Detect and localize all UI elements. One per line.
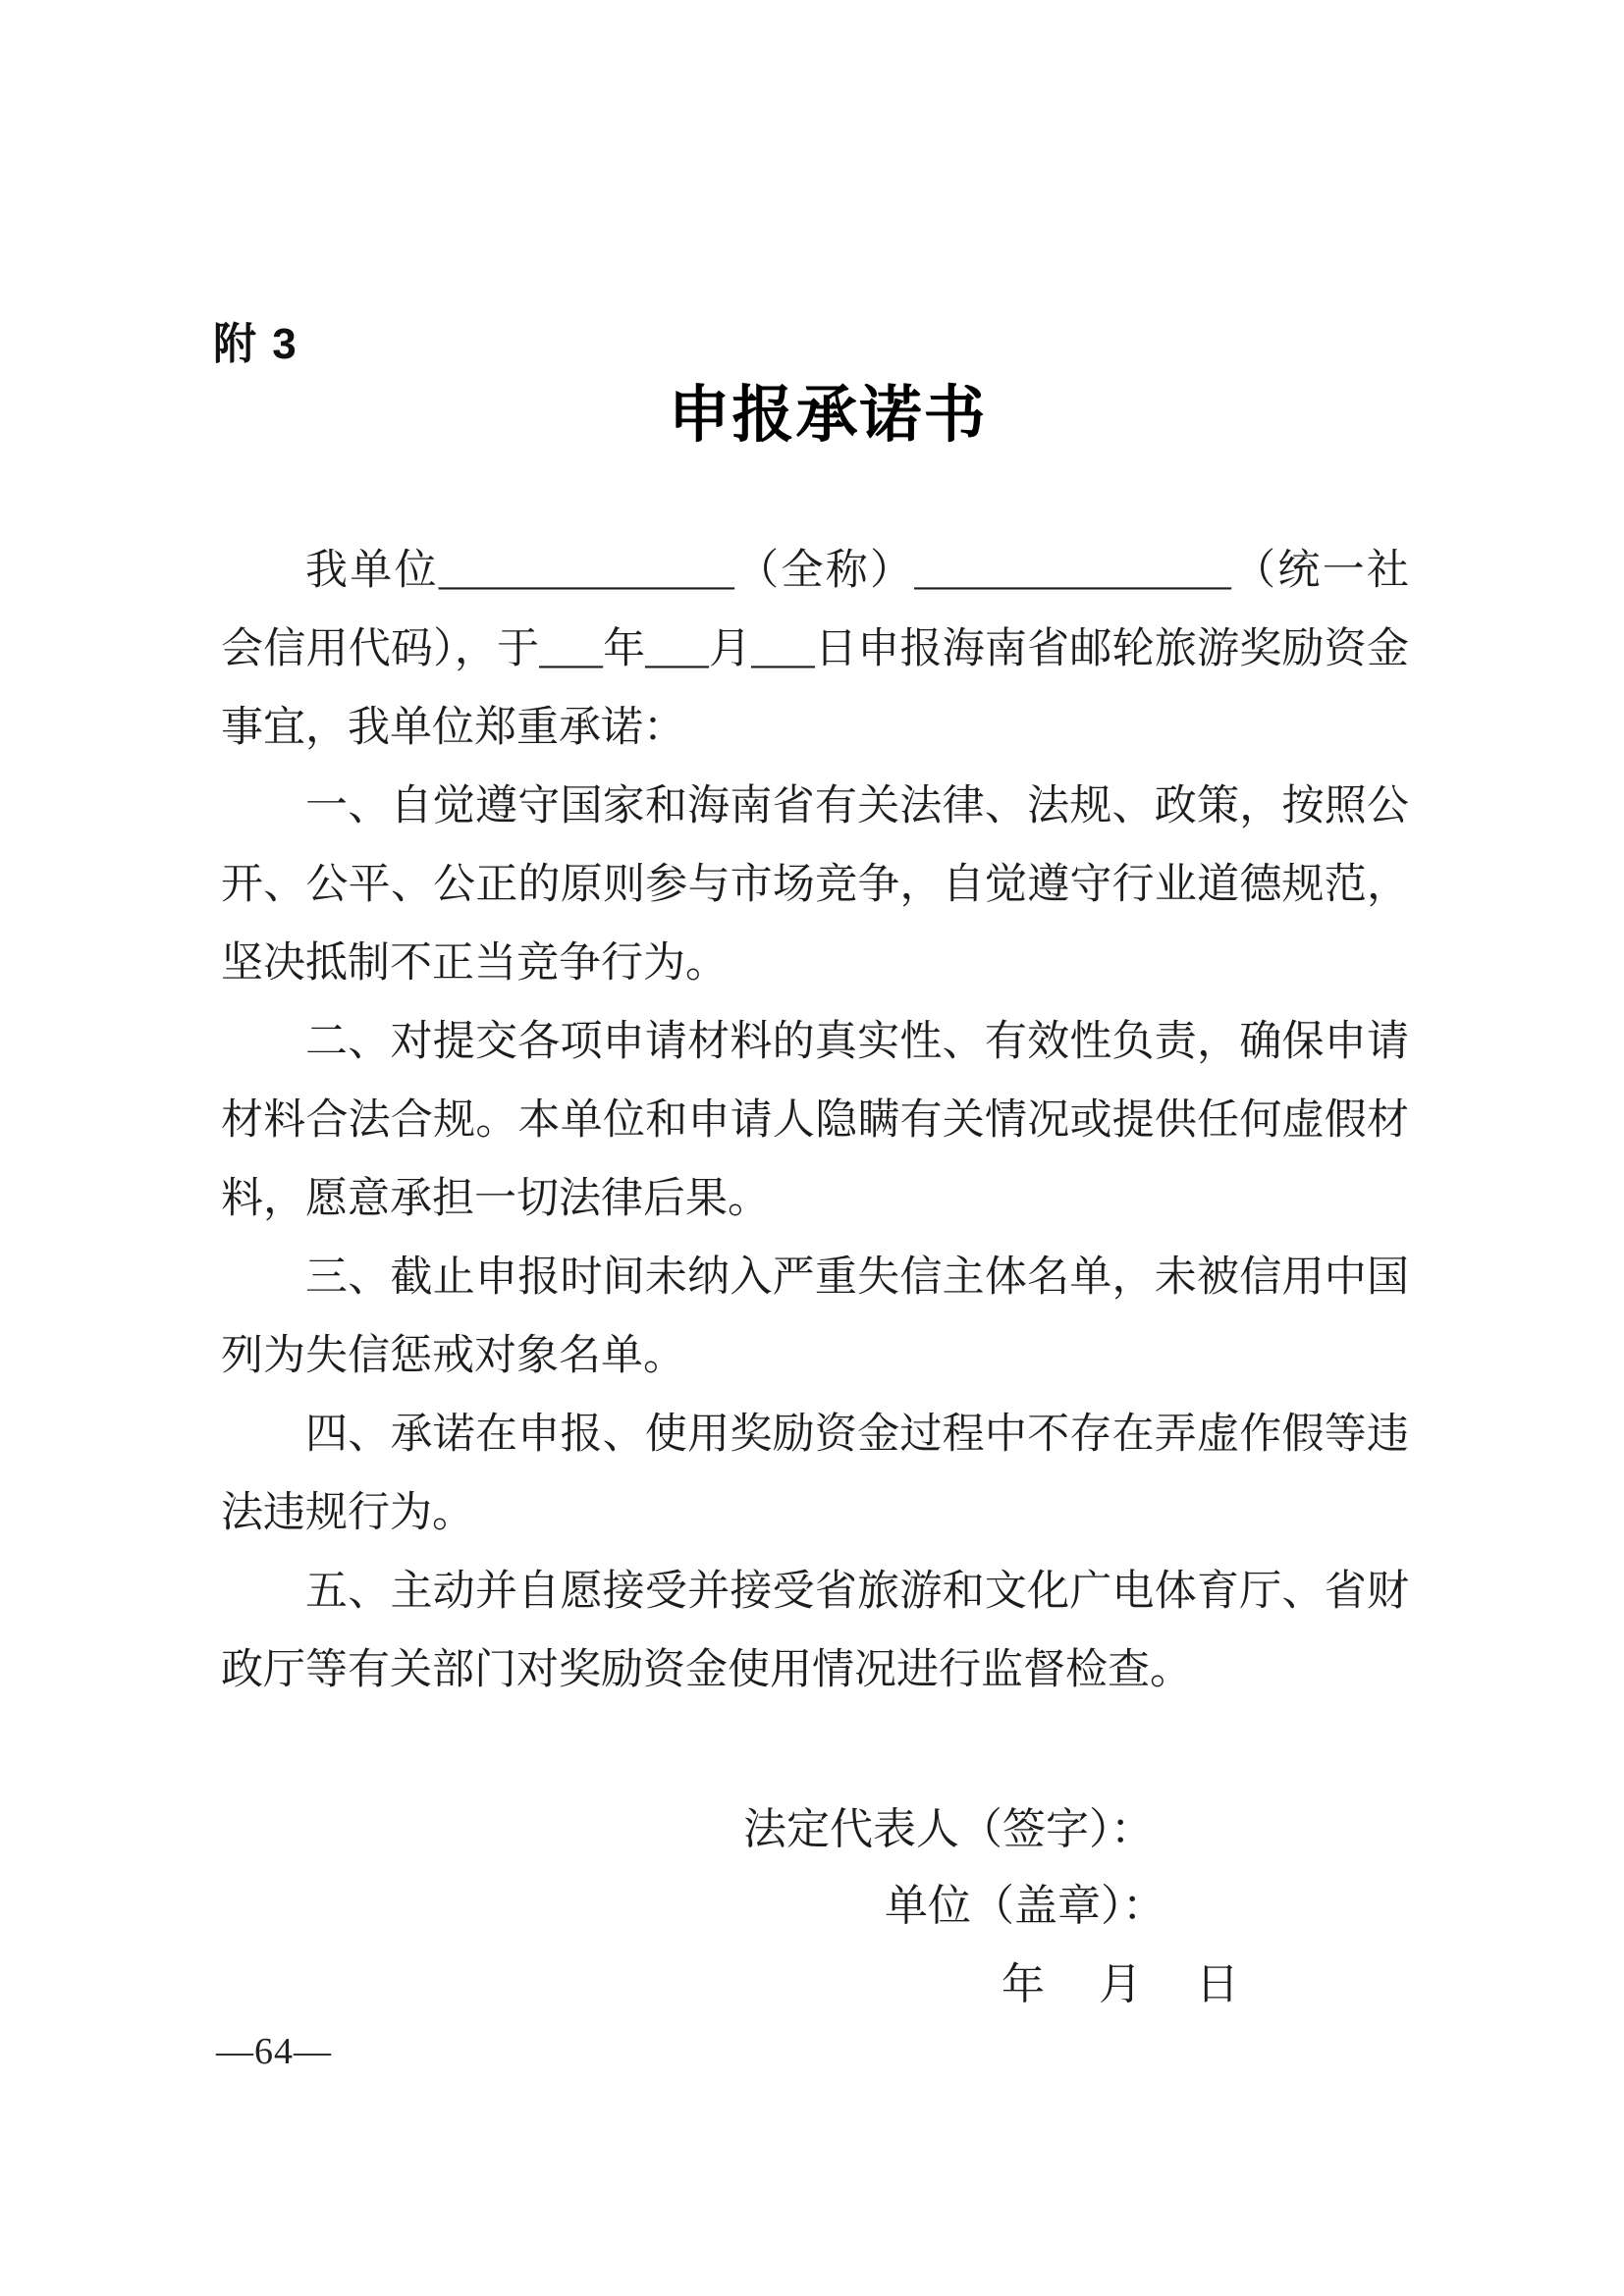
paragraph-item-5: 五、主动并自愿接受并接受省旅游和文化广电体育厅、省财政厅等有关部门对奖励资金使用… [221,1553,1409,1710]
attachment-label: 附 3 [213,308,298,371]
paragraph-item-4: 四、承诺在申报、使用奖励资金过程中不存在弄虚作假等违法违规行为。 [221,1396,1409,1553]
paragraph-item-2: 二、对提交各项申请材料的真实性、有效性负责，确保申请材料合法合规。本单位和申请人… [221,1003,1409,1239]
page-number: —64— [216,2030,332,2073]
paragraph-item-1: 一、自觉遵守国家和海南省有关法律、法规、政策，按照公开、公平、公正的原则参与市场… [221,768,1409,1003]
paragraph-item-3: 三、截止申报时间未纳入严重失信主体名单，未被信用中国列为失信惩戒对象名单。 [221,1239,1409,1396]
signature-unit-seal-line: 单位（盖章）： [885,1881,1165,1932]
paragraph-intro: 我单位______________（全称）_______________（统一社… [221,532,1409,768]
signature-date-line: 年 月 日 [1001,1959,1239,2010]
document-body: 我单位______________（全称）_______________（统一社… [221,532,1409,1710]
document-title: 申报承诺书 [31,365,1624,454]
signature-legal-representative-line: 法定代表人（签字）： [743,1804,1154,1855]
document-page: 附 3 申报承诺书 我单位______________（全称）_________… [0,0,1624,2296]
